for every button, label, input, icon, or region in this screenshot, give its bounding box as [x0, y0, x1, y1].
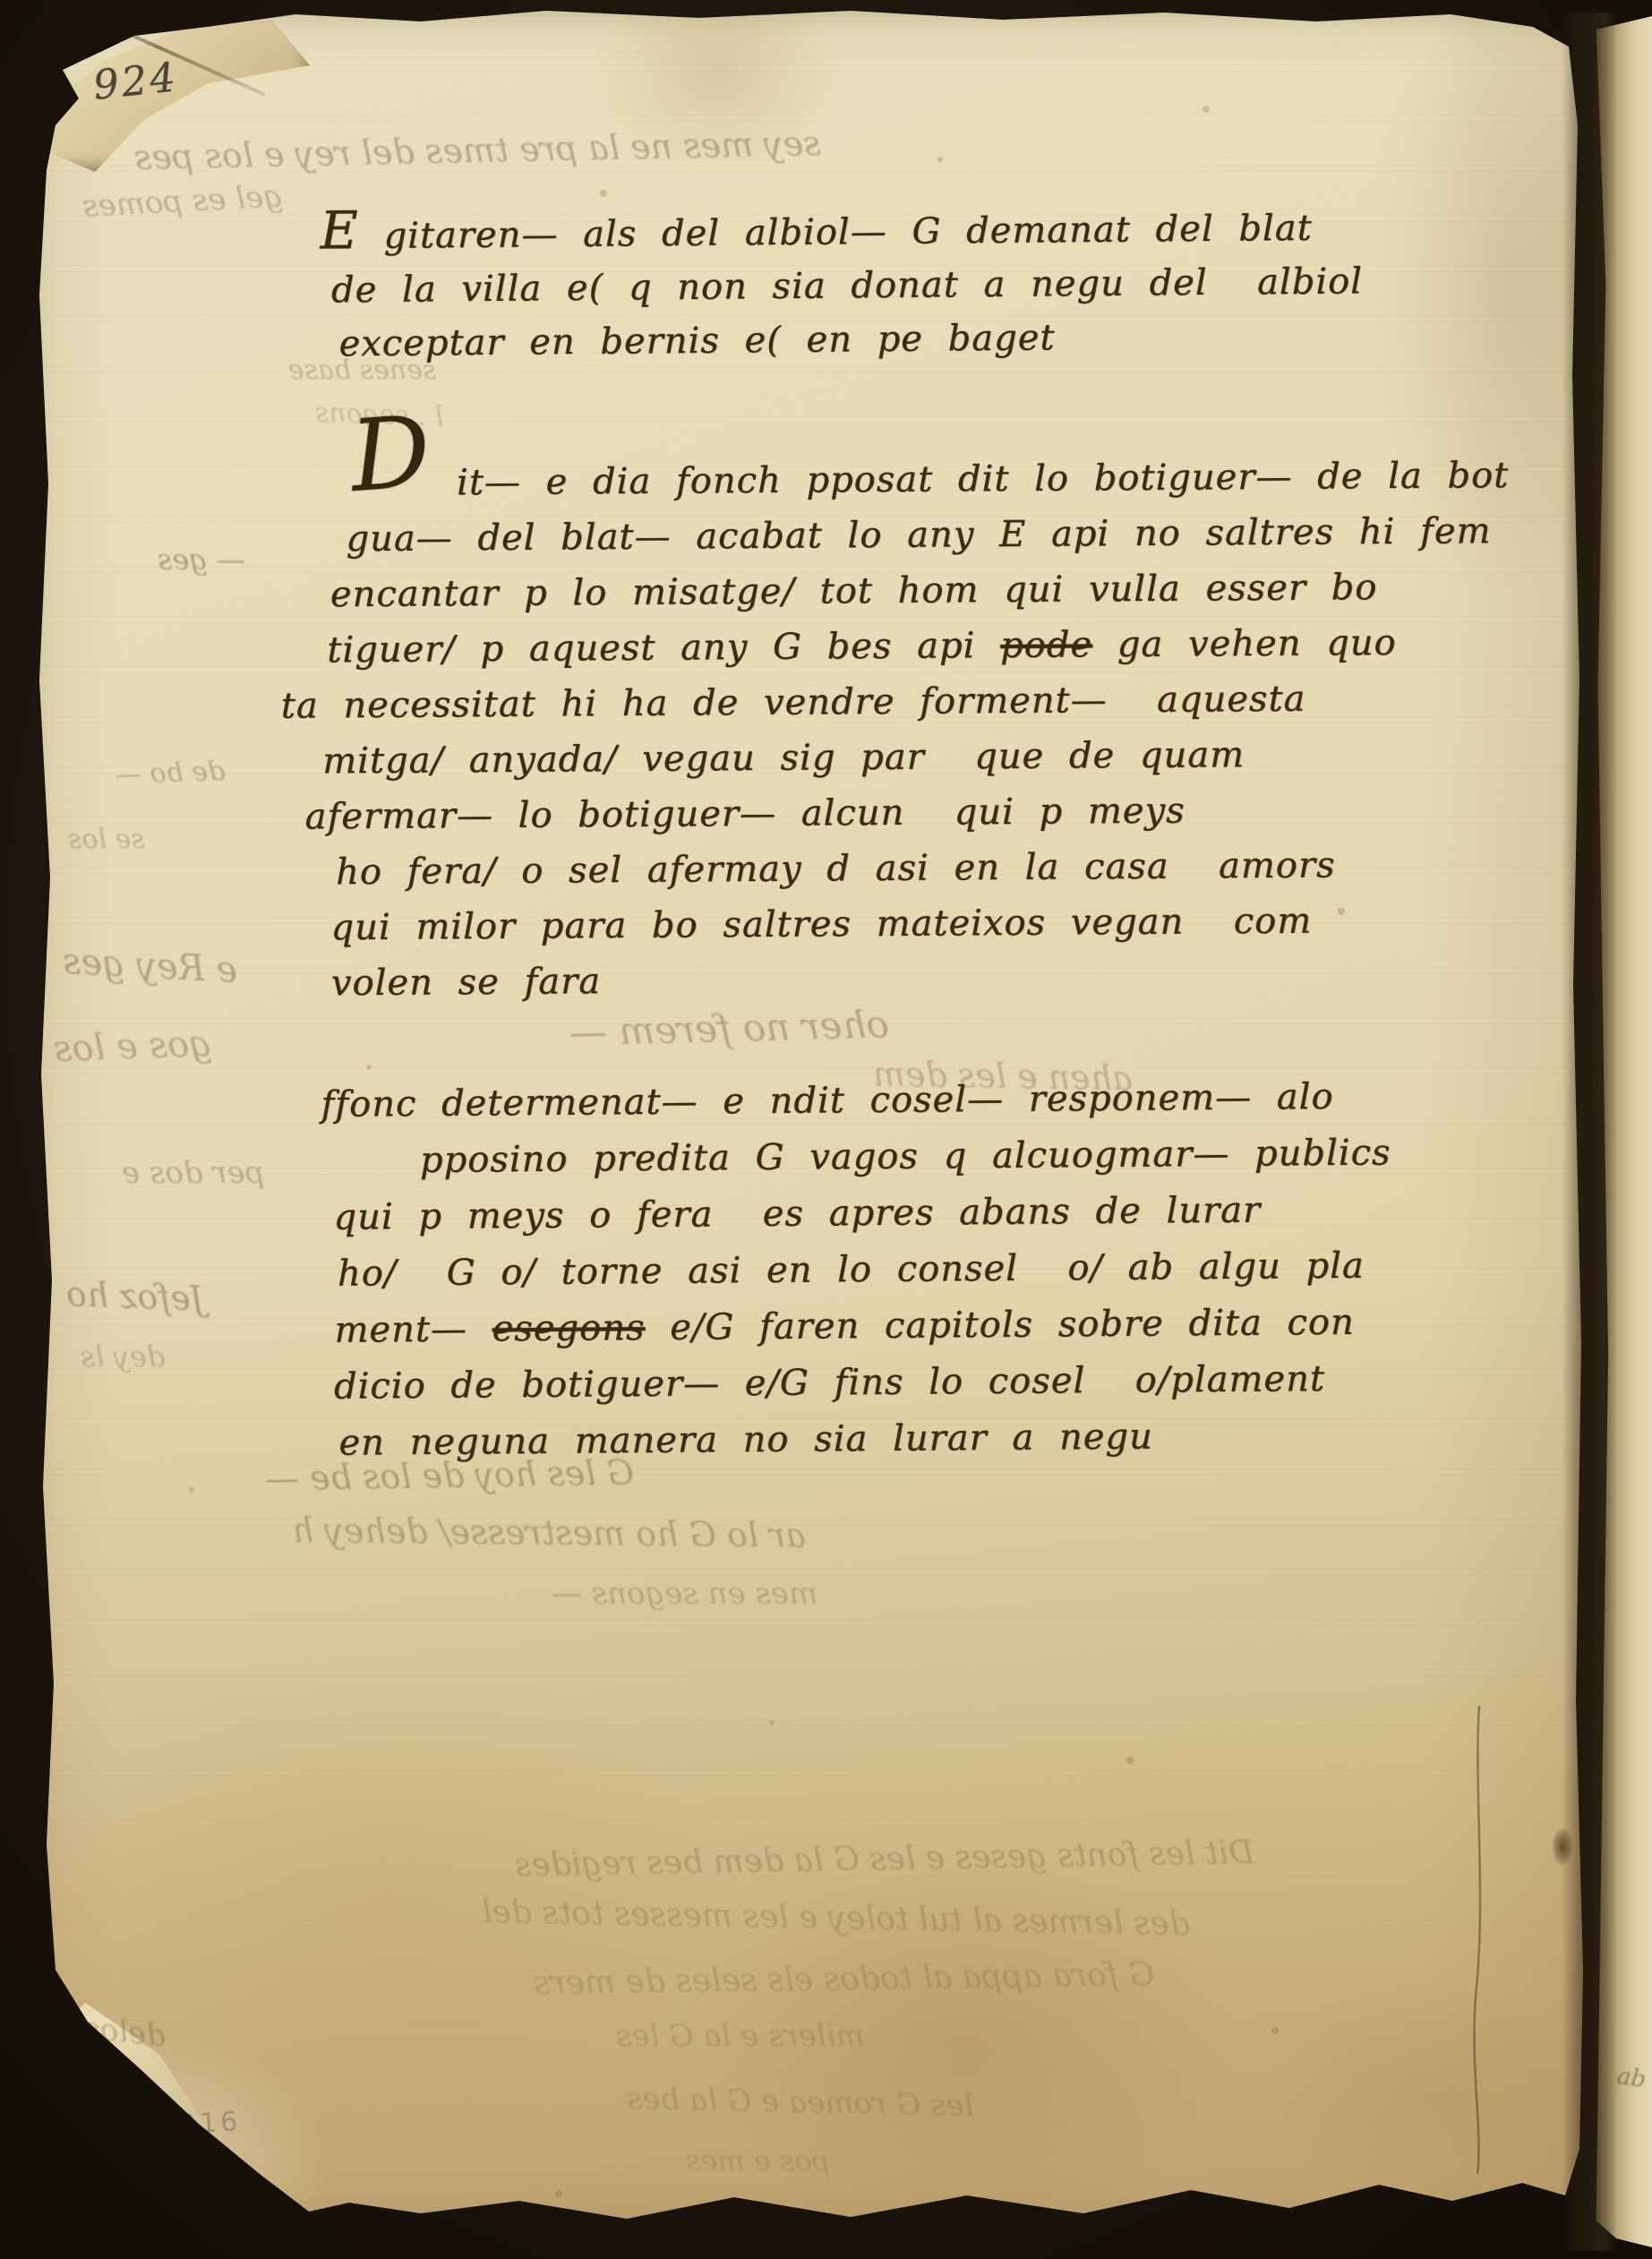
verso-bleedthrough: oher no ferem — — [569, 1002, 889, 1054]
manuscript-line: en neguna manera no sia lurar a negu — [338, 1407, 1453, 1472]
edge-damage-spot — [1542, 1800, 1579, 1886]
manuscript-line: qui p meys o fera es apres abans de lura… — [333, 1181, 1451, 1246]
manuscript-line: E gitaren— als del albiol— G demanat del… — [320, 193, 1458, 263]
pencil-number: 916 — [178, 2106, 242, 2141]
manuscript-line: mitga/ anyada/ vegau sig par que de quam — [322, 726, 1452, 790]
verso-bleedthrough: Jefoz ho — [65, 1274, 205, 1318]
verso-bleedthrough: milers e la G les — [616, 2018, 865, 2054]
paragraph-2: it— e dia fonch pposat dit lo botiguer— … — [313, 449, 1454, 1012]
verso-bleedthrough: se los — [68, 824, 145, 855]
verso-bleedthrough: sey mes ne la pre tmes del rey e los pes — [134, 124, 822, 177]
verso-bleedthrough: pos e mes — [686, 2143, 830, 2178]
verso-bleedthrough: dey ls — [81, 1339, 165, 1373]
manuscript-line: de la villa e( q non sia donat a negu de… — [331, 253, 1458, 317]
manuscript-line: ffonc determenat— e ndit cosel— responem… — [321, 1068, 1451, 1134]
struck-word: esegons — [492, 1307, 645, 1349]
verso-bleedthrough: de bo — — [114, 756, 225, 791]
line-segment: tiguer/ p aquest any G bes api — [327, 625, 1000, 671]
manuscript-line: volen se fara — [331, 948, 1454, 1012]
manuscript-line: encantar p lo misatge/ tot hom qui vulla… — [330, 560, 1451, 623]
manuscript-line: ho/ G o/ torne asi en lo consel o/ ab al… — [338, 1237, 1452, 1303]
verso-bleedthrough: ar lo G ho mestresse/ dehey h — [292, 1510, 806, 1555]
verso-bleedthrough: per dos e — [122, 1155, 265, 1191]
verso-bleedthrough: les G romea e G la bes — [627, 2081, 974, 2124]
paragraph-1: E gitaren— als del albiol— G demanat del… — [320, 193, 1459, 371]
manuscript-line: ho fera/ o sel afermay d asi en la casa … — [336, 837, 1453, 901]
facing-page-edge — [1572, 16, 1652, 2247]
manuscript-line: tiguer/ p aquest any G bes api pode ga v… — [327, 615, 1451, 679]
verso-bleedthrough: G fora appa al todos els seles de mers — [534, 1956, 1155, 2002]
verso-bleedthrough: mes en segons — — [552, 1576, 817, 1612]
line-segment: e/G faren capitols sobre dita con — [645, 1302, 1355, 1348]
line-segment: ment— — [334, 1308, 492, 1350]
manuscript-line: it— e dia fonch pposat dit lo botiguer— … — [457, 449, 1451, 511]
manuscript-line: qui milor para bo saltres mateixos vegan… — [330, 893, 1453, 956]
verso-bleedthrough: — ges — [158, 543, 245, 577]
struck-word: pode — [1000, 624, 1092, 666]
manuscript-line: ta necessitat hi ha de vendre forment— a… — [281, 671, 1452, 734]
manuscript-page: 924 916 sey mes ne la pre tmes del rey e… — [0, 0, 1652, 2259]
manuscript-line: exceptar en bernis e( en pe baget — [338, 307, 1458, 371]
manuscript-line: gua— del blat— acabat lo any E api no sa… — [346, 504, 1451, 568]
verso-bleedthrough: gos e los — [53, 1023, 212, 1070]
manuscript-line: ment— esegons e/G faren capitols sobre d… — [334, 1294, 1452, 1359]
verso-bleedthrough: e Rey ges — [62, 941, 238, 991]
verso-bleedthrough: des lermes al tul toley e les messes tot… — [482, 1894, 1191, 1943]
verso-bleedthrough: gel es pomes — [81, 178, 284, 225]
manuscript-line: dicio de botiguer— e/G fins lo cosel o/p… — [334, 1350, 1453, 1416]
manuscript-line: pposino predita G vagos q alcuogmar— pub… — [420, 1125, 1451, 1189]
line-segment: ga vehen quo — [1092, 622, 1397, 665]
manuscript-line: afermar— lo botiguer— alcun qui p meys — [304, 782, 1452, 845]
verso-bleedthrough: Dit les fonts geses e les G la dem bes r… — [515, 1835, 1254, 1884]
folio-number: 924 — [90, 53, 180, 109]
paragraph-3: ffonc determenat— e ndit cosel— responem… — [313, 1068, 1453, 1472]
archival-photo-backdrop: 924 916 sey mes ne la pre tmes del rey e… — [0, 0, 1652, 2259]
foxing-specks — [0, 0, 4, 4]
